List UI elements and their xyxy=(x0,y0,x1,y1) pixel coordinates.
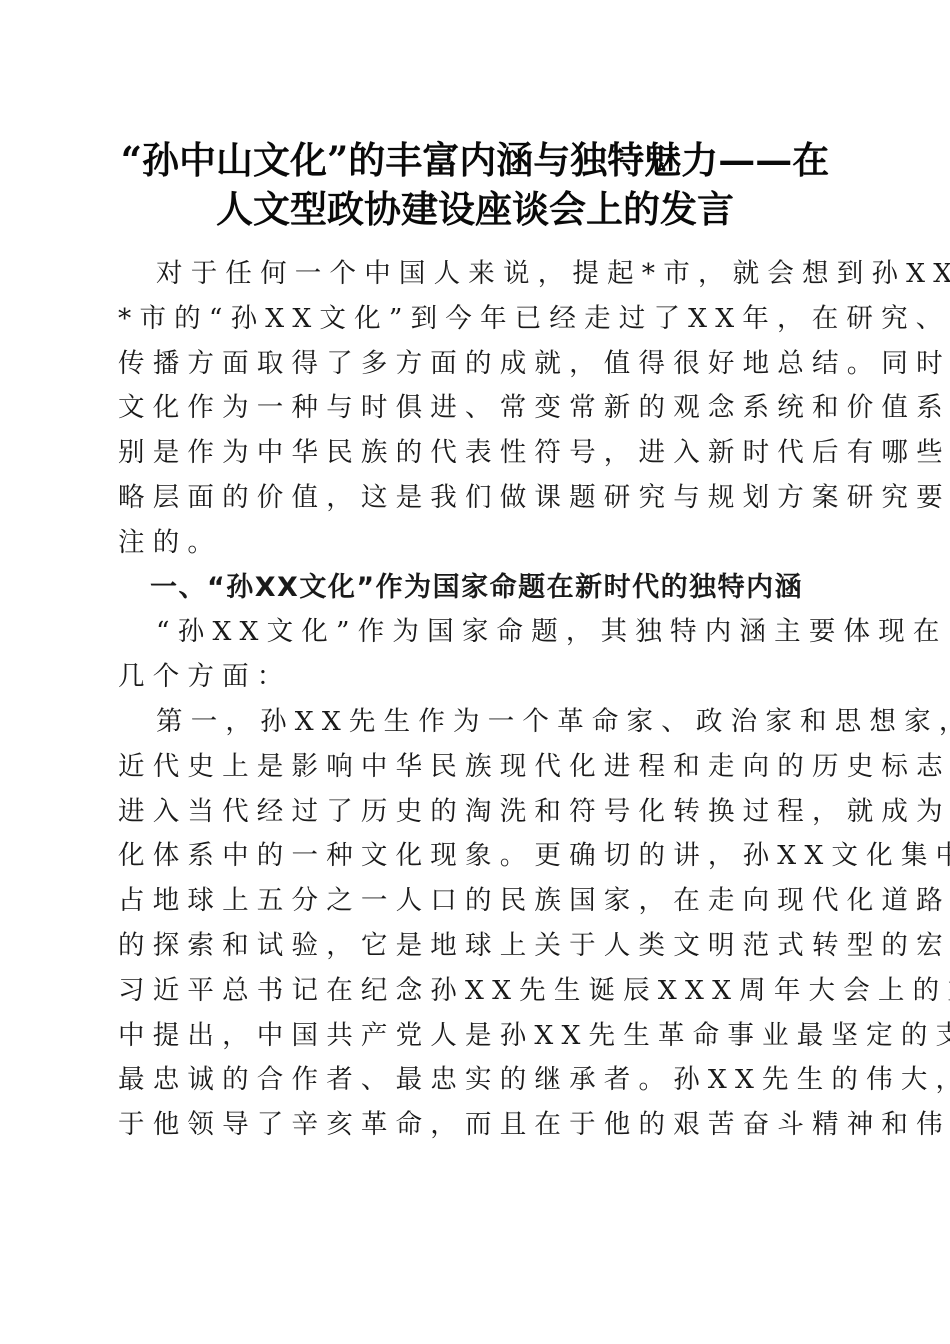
section-heading-text: 一、“孙XX文化”作为国家命题在新时代的独特内涵 xyxy=(118,566,838,611)
text-line: 习近平总书记在纪念孙XX先生诞辰XXX周年大会上的重要讲话 xyxy=(118,969,838,1014)
text-line: 别是作为中华民族的代表性符号，进入新时代后有哪些国家战 xyxy=(118,431,838,476)
text-line: 第一，孙XX先生作为一个革命家、政治家和思想家，他在 xyxy=(118,700,838,745)
text-line: 化体系中的一种文化现象。更确切的讲，孙XX文化集中体现了 xyxy=(118,834,838,879)
text-line: 略层面的价值，这是我们做课题研究与规划方案研究要特别关 xyxy=(118,476,838,521)
title-line-1: “孙中山文化”的丰富内涵与独特魅力——在 xyxy=(100,136,850,185)
title-line-2: 人文型政协建设座谈会上的发言 xyxy=(100,185,850,234)
text-line: 注的。 xyxy=(118,521,838,566)
text-line: 传播方面取得了多方面的成就，值得很好地总结。同时，孙XX xyxy=(118,342,838,387)
text-line: “孙XX文化”作为国家命题，其独特内涵主要体现在以下 xyxy=(118,610,838,655)
paragraph-intro: 对于任何一个中国人来说，提起*市，就会想到孙XX先生。 *市的“孙XX文化”到今… xyxy=(118,252,838,566)
text-line: *市的“孙XX文化”到今年已经走过了XX年，在研究、弘扬和 xyxy=(118,297,838,342)
text-line: 的探索和试验，它是地球上关于人类文明范式转型的宏大叙事。 xyxy=(118,924,838,969)
text-line: 于他领导了辛亥革命，而且在于他的艰苦奋斗精神和伟大的人 xyxy=(118,1103,838,1148)
text-line: 近代史上是影响中华民族现代化进程和走向的历史标志性人物， xyxy=(118,745,838,790)
text-line: 占地球上五分之一人口的民族国家，在走向现代化道路过程中 xyxy=(118,879,838,924)
text-line: 中提出，中国共产党人是孙XX先生革命事业最坚定的支持者、 xyxy=(118,1014,838,1059)
document-title: “孙中山文化”的丰富内涵与独特魅力——在 人文型政协建设座谈会上的发言 xyxy=(100,136,850,234)
text-line: 文化作为一种与时俱进、常变常新的观念系统和价值系统，特 xyxy=(118,386,838,431)
text-line: 进入当代经过了历史的淘洗和符号化转换过程，就成为中华文 xyxy=(118,790,838,835)
text-line: 对于任何一个中国人来说，提起*市，就会想到孙XX先生。 xyxy=(118,252,838,297)
paragraph-section-intro: “孙XX文化”作为国家命题，其独特内涵主要体现在以下 几个方面： xyxy=(118,610,838,700)
text-line: 几个方面： xyxy=(118,655,838,700)
text-line: 最忠诚的合作者、最忠实的继承者。孙XX先生的伟大，不仅在 xyxy=(118,1058,838,1103)
document-page: “孙中山文化”的丰富内涵与独特魅力——在 人文型政协建设座谈会上的发言 对于任何… xyxy=(0,0,950,1344)
section-heading-1: 一、“孙XX文化”作为国家命题在新时代的独特内涵 xyxy=(118,566,838,611)
paragraph-first-point: 第一，孙XX先生作为一个革命家、政治家和思想家，他在 近代史上是影响中华民族现代… xyxy=(118,700,838,1148)
document-body: 对于任何一个中国人来说，提起*市，就会想到孙XX先生。 *市的“孙XX文化”到今… xyxy=(118,252,838,1148)
